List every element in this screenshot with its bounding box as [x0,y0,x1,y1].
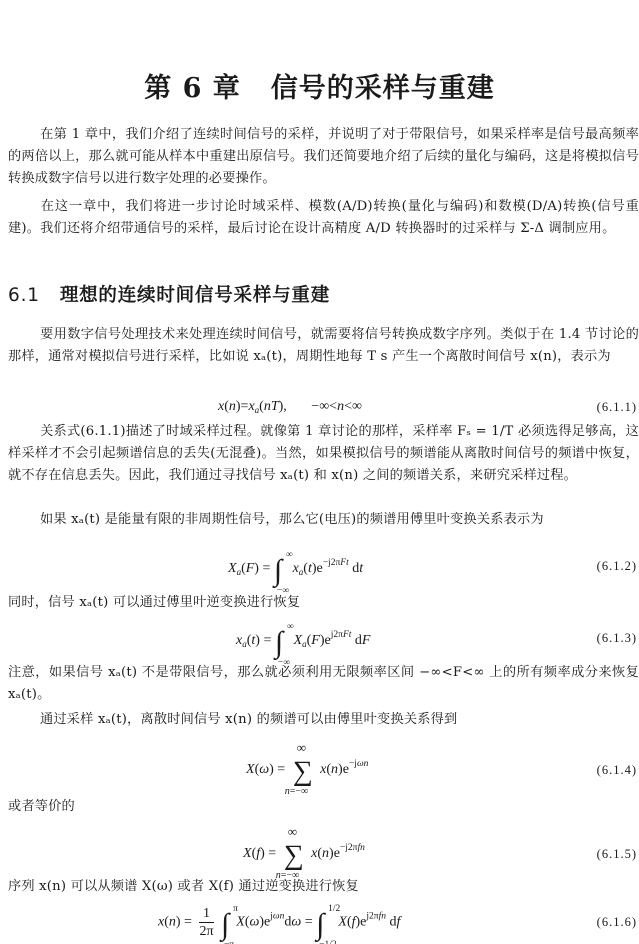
equation-number: (6.1.2) [597,559,637,574]
body-paragraph-10: 序列 x(n) 可以从频谱 X(ω) 或者 X(f) 通过逆变换进行恢复 [8,876,639,898]
equation-6-1-2: Xa(F) = ∫∞−∞ xa(t)e−j2πFt dt (6.1.2) [0,548,639,578]
equation-number: (6.1.5) [597,847,637,862]
body-paragraph-9: 或者等价的 [8,796,639,818]
chapter-name: 信号的采样与重建 [271,73,495,104]
equation-body: X(f) = ∑∞n=−∞ x(n)e−j2πfn [243,840,365,872]
equation-body: xa(t) = ∫∞−∞ Xa(F)ej2πFt dF [236,626,370,660]
body-paragraph-8: 通过采样 xₐ(t)，离散时间信号 x(n) 的频谱可以由傅里叶变换关系得到 [8,709,639,731]
chapter-label: 第 6 章 [144,73,241,104]
textbook-page: 第 6 章信号的采样与重建 在第 1 章中，我们介绍了连续时间信号的采样，并说明… [0,0,639,944]
equation-body: Xa(F) = ∫∞−∞ xa(t)e−j2πFt dt [228,554,363,588]
section-heading: 6.1理想的连续时间信号采样与重建 [8,281,330,307]
section-number: 6.1 [8,285,40,306]
equation-6-1-6: x(n) = 12π ∫π−π X(ω)ejωndω = ∫1/2−1/2 X(… [0,905,639,935]
body-paragraph-7: 注意，如果信号 xₐ(t) 不是带限信号，那么就必须利用无限频率区间 −∞<F<… [8,662,639,706]
equation-6-1-4: X(ω) = ∑∞n=−∞ x(n)e−jωn (6.1.4) [0,752,639,782]
body-paragraph-5: 如果 xₐ(t) 是能量有限的非周期性信号，那么它(电压)的频谱用傅里叶变换关系… [8,509,639,531]
equation-number: (6.1.1) [597,400,637,415]
body-paragraph-3: 要用数字信号处理技术来处理连续时间信号，就需要将信号转换成数字序列。类似于在 1… [8,324,639,368]
equation-6-1-3: xa(t) = ∫∞−∞ Xa(F)ej2πFt dF (6.1.3) [0,620,639,650]
equation-6-1-5: X(f) = ∑∞n=−∞ x(n)e−j2πfn (6.1.5) [0,836,639,866]
equation-body: x(n)=xa(nT), −∞<n<∞ [218,399,362,415]
chapter-title: 第 6 章信号的采样与重建 [0,66,639,105]
equation-number: (6.1.4) [597,763,637,778]
equation-number: (6.1.3) [597,631,637,646]
intro-paragraph-1: 在第 1 章中，我们介绍了连续时间信号的采样，并说明了对于带限信号，如果采样率是… [8,124,639,190]
body-paragraph-6: 同时，信号 xₐ(t) 可以通过傅里叶逆变换进行恢复 [8,592,639,614]
equation-body: x(n) = 12π ∫π−π X(ω)ejωndω = ∫1/2−1/2 X(… [158,905,400,942]
intro-paragraph-2: 在这一章中，我们将进一步讨论时域采样、模数(A/D)转换(量化与编码)和数模(D… [8,196,639,240]
body-paragraph-4: 关系式(6.1.1)描述了时域采样过程。就像第 1 章讨论的那样，采样率 Fₛ … [8,421,639,487]
equation-number: (6.1.6) [597,915,637,930]
section-name: 理想的连续时间信号采样与重建 [60,285,330,306]
equation-body: X(ω) = ∑∞n=−∞ x(n)e−jωn [246,756,368,788]
